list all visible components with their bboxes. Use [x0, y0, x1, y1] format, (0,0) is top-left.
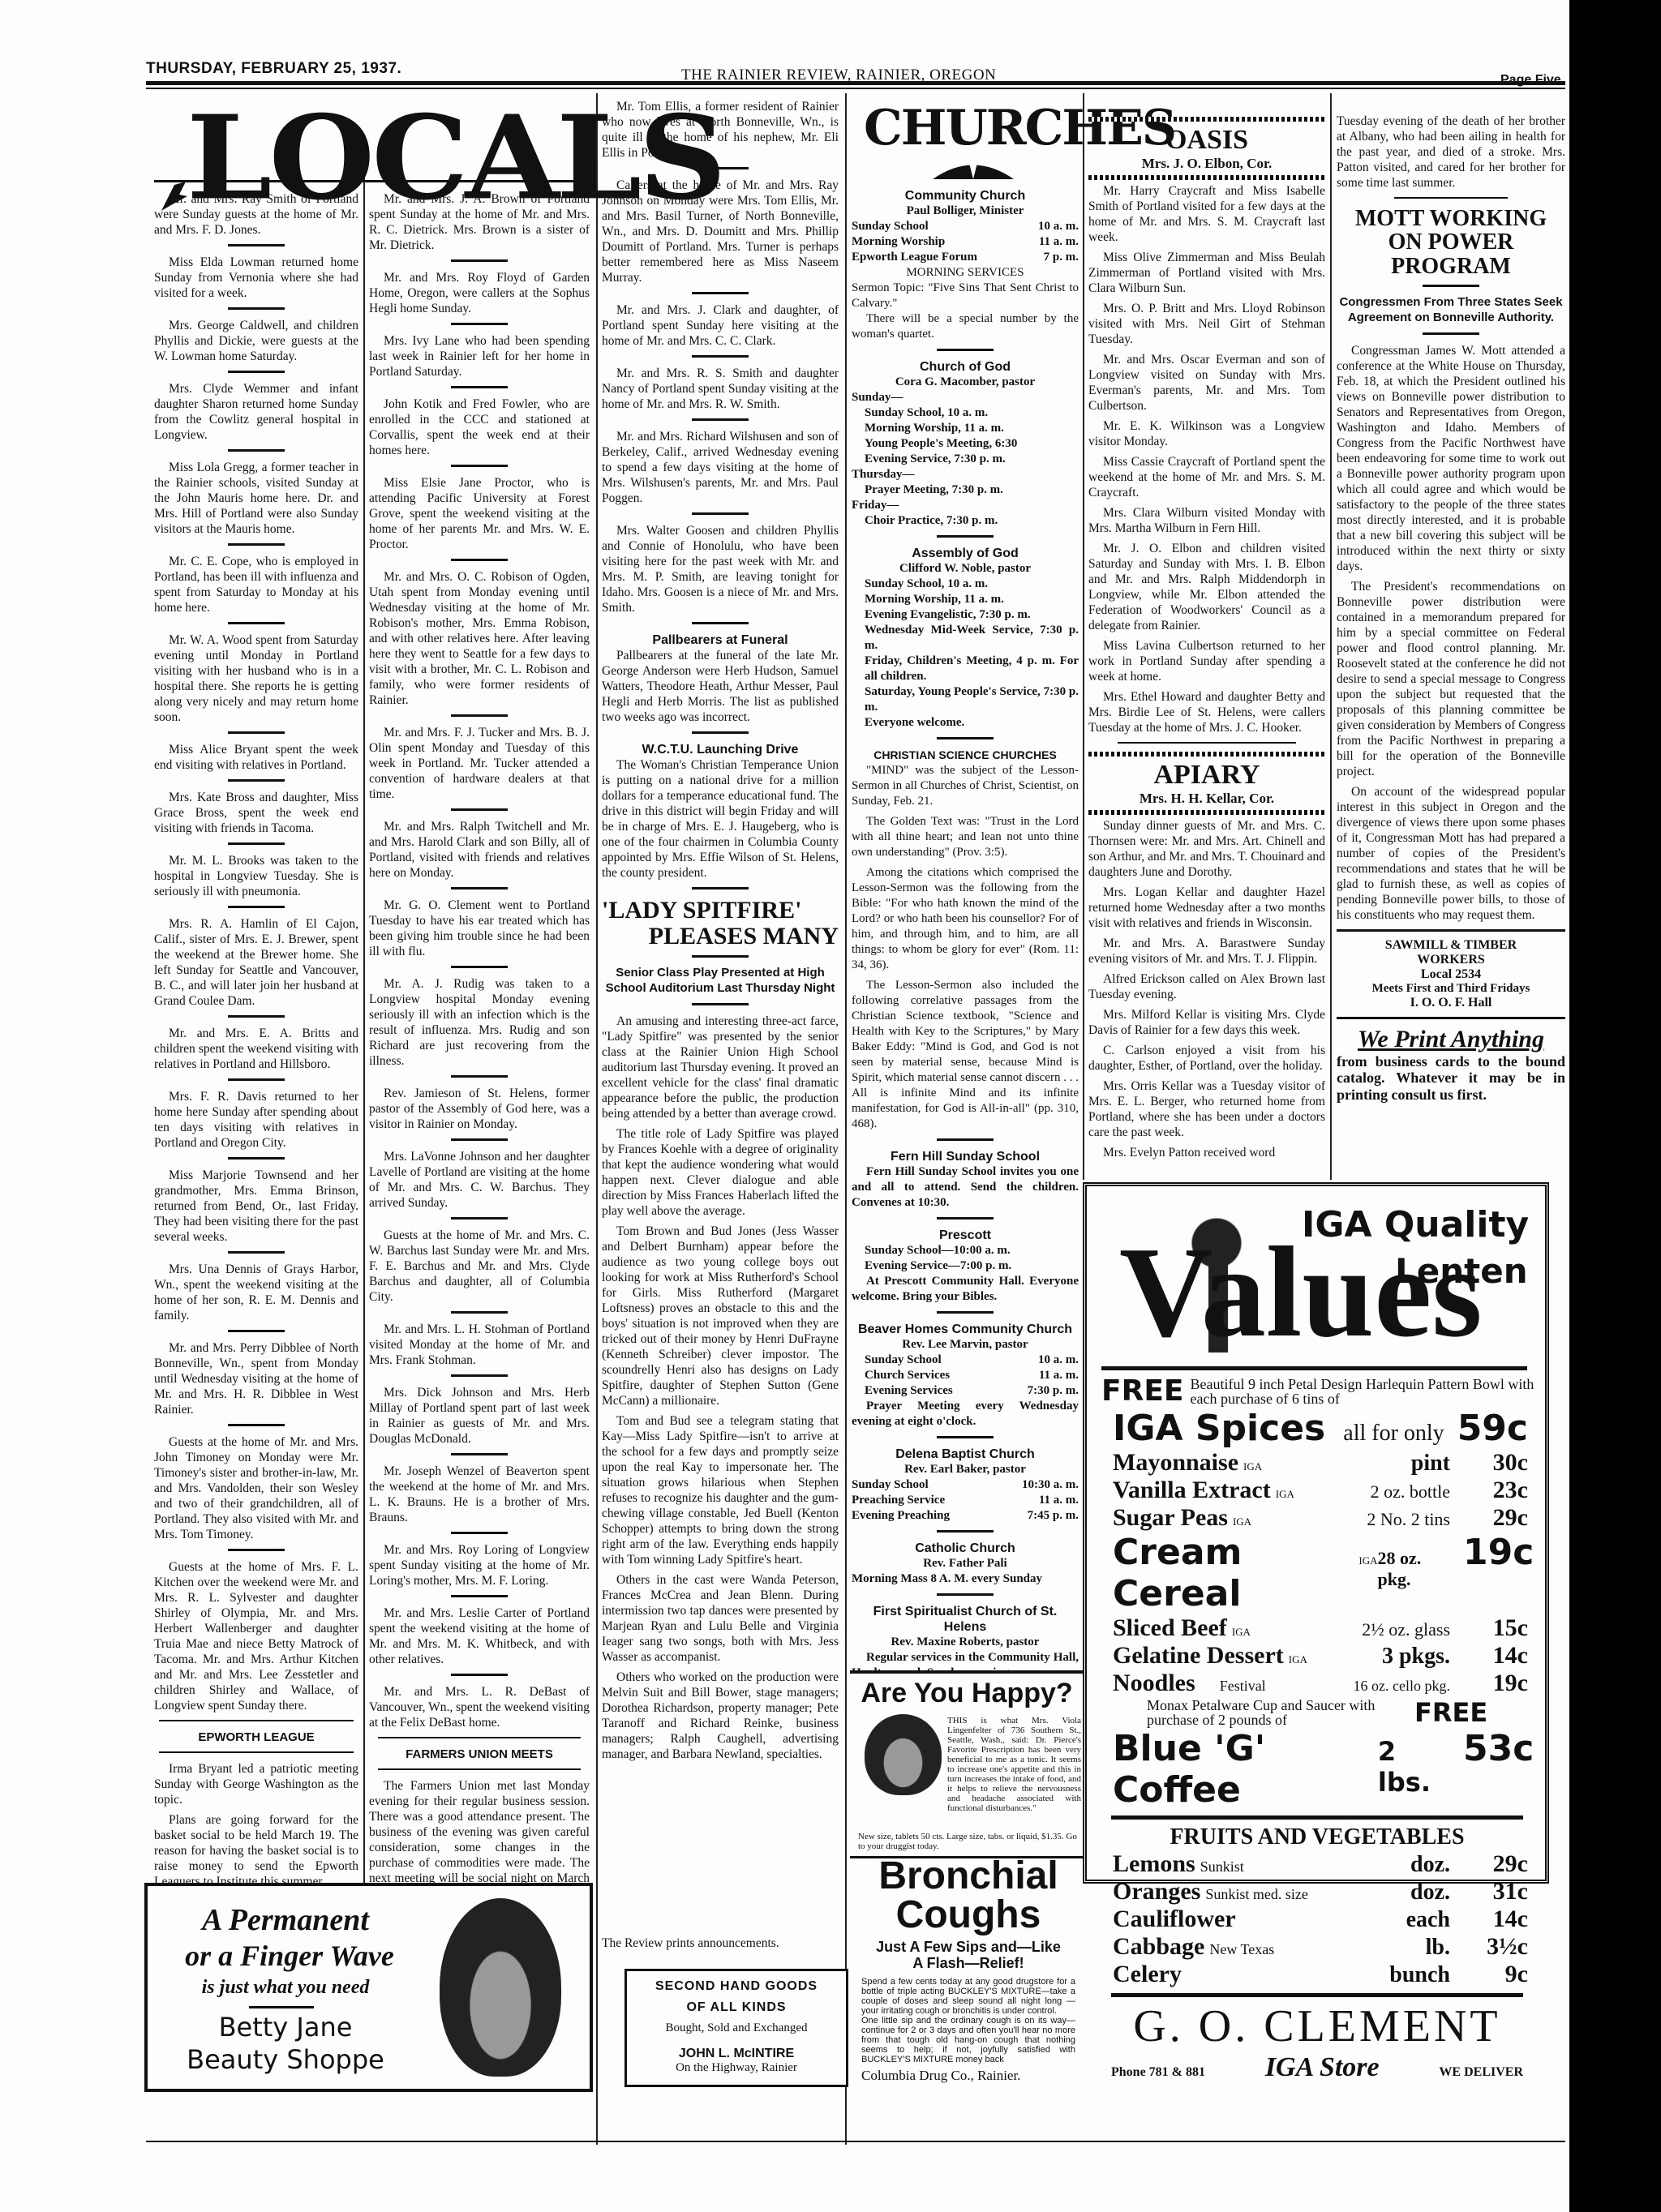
news-item: Fern Hill Sunday School invites you one … — [852, 1164, 1079, 1211]
product-price: 14c — [1463, 1642, 1528, 1670]
news-item: Tom Brown and Bud Jones (Jess Wasser and… — [602, 1224, 839, 1408]
store-footer: Phone 781 & 881 IGA Store WE DELIVER — [1098, 2052, 1536, 2083]
price-row: OrangesSunkist med. sizedoz.31c — [1098, 1878, 1536, 1905]
product-brand: IGA — [1289, 1653, 1307, 1666]
are-you-happy-ad: Are You Happy? THIS is what Mrs. Viola L… — [850, 1670, 1084, 1858]
schedule-line: Sunday School—10:00 a. m. — [852, 1243, 1079, 1258]
price-row: LemonsSunkistdoz.29c — [1098, 1850, 1536, 1878]
news-item: Mr. G. O. Clement went to Portland Tuesd… — [369, 898, 590, 959]
service-row: Sunday School10:30 a. m. — [852, 1477, 1079, 1493]
ad-body: One little sip and the ordinary cough is… — [861, 2016, 1075, 2064]
ad-headline: Bronchial — [853, 1857, 1084, 1896]
schedule-line: Sunday School, 10 a. m. — [852, 577, 1079, 592]
product-price: 15c — [1463, 1614, 1528, 1642]
news-item: Mr. and Mrs. O. C. Robison of Ogden, Uta… — [369, 569, 590, 708]
news-item: Mr. and Mrs. L. R. DeBast of Vancouver, … — [369, 1684, 590, 1730]
newspaper-page: THURSDAY, FEBRUARY 25, 1937. THE RAINIER… — [0, 0, 1569, 2212]
news-item: Mrs. R. A. Hamlin of El Cajon, Calif., s… — [154, 916, 358, 1009]
news-item: Mrs. Ethel Howard and daughter Betty and… — [1088, 689, 1325, 735]
free-offer-row: FREE Beautiful 9 inch Petal Design Harle… — [1098, 1374, 1536, 1408]
product-price: 30c — [1463, 1449, 1528, 1477]
service-name: Morning Worship — [852, 234, 945, 250]
schedule-line: Young People's Meeting, 6:30 — [852, 436, 1079, 452]
spitfire-subhead: Senior Class Play Presented at High Scho… — [602, 966, 839, 997]
product-unit: lb. — [1426, 1935, 1450, 1961]
church-heading: CHRISTIAN SCIENCE CHURCHES — [852, 748, 1079, 763]
news-item: John Kotik and Fred Fowler, who are enro… — [369, 397, 590, 458]
news-item: Mrs. O. P. Britt and Mrs. Lloyd Robinson… — [1088, 301, 1325, 347]
product-brand: IGA — [1233, 1515, 1251, 1528]
ad-headline: Are You Happy? — [850, 1678, 1084, 1708]
price-row: Gelatine DessertIGA3 pkgs.14c — [1098, 1642, 1536, 1670]
news-item: Mr. and Mrs. A. Barastwere Sunday evenin… — [1088, 936, 1325, 967]
news-item: Guests at the home of Mrs. F. L. Kitchen… — [154, 1559, 358, 1713]
page-number: Page Five — [1500, 73, 1561, 88]
union-notice-line: Local 2534 — [1337, 967, 1565, 982]
column-divider — [363, 162, 365, 1914]
news-item: Mrs. George Caldwell, and children Phyll… — [154, 318, 358, 364]
church-heading: Delena Baptist Church — [852, 1447, 1079, 1462]
wavy-rule — [1088, 175, 1325, 180]
ad-divider — [249, 2006, 314, 2008]
churches-column: Community Church Paul Bolliger, Minister… — [852, 188, 1079, 1686]
product-unit: 2 lbs. — [1378, 1736, 1450, 1798]
ad-line: OF ALL KINDS — [627, 2000, 846, 2015]
mott-headline: MOTT WORKING ON POWER PROGRAM — [1337, 207, 1565, 278]
price-row: Cream CerealIGA28 oz. pkg.19c — [1098, 1532, 1536, 1614]
product-price: 19c — [1463, 1670, 1528, 1697]
church-ornament-icon — [925, 159, 1022, 183]
service-row: Preaching Service11 a. m. — [852, 1493, 1079, 1508]
review-note: The Review prints announcements. — [602, 1936, 839, 1951]
monax-offer-text: Monax Petalware Cup and Saucer with purc… — [1147, 1698, 1406, 1727]
news-item: At Prescott Community Hall. Everyone wel… — [852, 1274, 1079, 1305]
church-pastor: Cora G. Macomber, pastor — [852, 375, 1079, 390]
product-unit: doz. — [1410, 1852, 1450, 1878]
news-item: Miss Lavina Culbertson returned to her w… — [1088, 638, 1325, 684]
news-item: Irma Bryant led a patriotic meeting Sund… — [154, 1761, 358, 1807]
union-notice-line: SAWMILL & TIMBER — [1337, 938, 1565, 953]
product-name: Noodles — [1113, 1670, 1195, 1697]
service-row: Sunday School10 a. m. — [852, 1352, 1079, 1368]
news-item: The Golden Text was: "Trust in the Lord … — [852, 814, 1079, 860]
woman-portrait-illustration — [440, 1898, 561, 2077]
church-heading: Prescott — [852, 1228, 1079, 1243]
farmers-union-heading: FARMERS UNION MEETS — [369, 1747, 590, 1762]
price-row: Sliced BeefIGA2½ oz. glass15c — [1098, 1614, 1536, 1642]
news-item: Miss Olive Zimmerman and Miss Beulah Zim… — [1088, 250, 1325, 296]
news-item: Mr. Joseph Wenzel of Beaverton spent the… — [369, 1464, 590, 1525]
price-row: MayonnaiseIGApint30c — [1098, 1449, 1536, 1477]
price-row: Blue 'G' Coffee2 lbs.53c — [1098, 1728, 1536, 1811]
product-price: 29c — [1463, 1504, 1528, 1532]
service-name: Evening Preaching — [852, 1508, 950, 1524]
product-brand: New Texas — [1209, 1941, 1274, 1958]
locals-column-2: Mr. and Mrs. J. A. Brown of Portland spe… — [369, 191, 590, 1906]
product-name: Sugar Peas — [1113, 1504, 1228, 1532]
product-unit: all for only — [1343, 1421, 1444, 1447]
news-item: Mr. E. K. Wilkinson was a Longview visit… — [1088, 418, 1325, 449]
product-name: Sliced Beef — [1113, 1614, 1227, 1642]
news-item: Mr. and Mrs. J. A. Brown of Portland spe… — [369, 191, 590, 253]
news-item: "MIND" was the subject of the Lesson-Ser… — [852, 763, 1079, 809]
news-item: Miss Marjorie Townsend and her grandmoth… — [154, 1168, 358, 1245]
news-item: Pallbearers at the funeral of the late M… — [602, 648, 839, 725]
news-item: Miss Lola Gregg, a former teacher in the… — [154, 460, 358, 537]
news-item: Sunday dinner guests of Mr. and Mrs. C. … — [1088, 818, 1325, 880]
church-pastor: Rev. Lee Marvin, pastor — [852, 1337, 1079, 1352]
product-unit: 2 oz. bottle — [1371, 1481, 1450, 1503]
column-6: Tuesday evening of the death of her brot… — [1337, 114, 1565, 1104]
store-phone: Phone 781 & 881 — [1111, 2065, 1205, 2080]
product-name: Lemons — [1113, 1850, 1195, 1878]
schedule-line: Friday, Children's Meeting, 4 p. m. For … — [852, 654, 1079, 684]
news-item: Others who worked on the production were… — [602, 1670, 839, 1762]
product-name: Celery — [1113, 1961, 1182, 1988]
product-price: 3½c — [1463, 1933, 1528, 1961]
service-time: 7:45 p. m. — [1028, 1508, 1079, 1524]
news-item: Mrs. Evelyn Patton received word — [1088, 1145, 1325, 1160]
church-heading: First Spiritualist Church of St. Helens — [852, 1604, 1079, 1635]
news-item: Congressman James W. Mott attended a con… — [1337, 343, 1565, 574]
service-name: Sunday School — [865, 1352, 942, 1368]
news-item: Mr. and Mrs. R. S. Smith and daughter Na… — [602, 366, 839, 412]
schedule-line: Morning Worship, 11 a. m. — [852, 421, 1079, 436]
schedule-line: Sunday School, 10 a. m. — [852, 405, 1079, 421]
ad-divider — [1101, 1366, 1527, 1370]
schedule-line: Morning Worship, 11 a. m. — [852, 592, 1079, 607]
news-item: Mrs. Milford Kellar is visiting Mrs. Cly… — [1088, 1007, 1325, 1038]
schedule-line: Prayer Meeting, 7:30 p. m. — [852, 482, 1079, 498]
news-item: Mr. and Mrs. Roy Floyd of Garden Home, O… — [369, 270, 590, 316]
product-name: Mayonnaise — [1113, 1449, 1238, 1477]
news-item: Mr. W. A. Wood spent from Saturday eveni… — [154, 632, 358, 725]
news-item: Miss Alice Bryant spent the week end vis… — [154, 742, 358, 773]
service-time: 11 a. m. — [1039, 1493, 1079, 1508]
product-price: 9c — [1463, 1961, 1528, 1988]
product-brand: IGA — [1276, 1488, 1294, 1501]
church-pastor: Paul Bolliger, Minister — [852, 204, 1079, 219]
column-divider — [845, 93, 847, 2145]
shop-name: Betty Jane — [156, 2012, 415, 2043]
price-row: Vanilla ExtractIGA2 oz. bottle23c — [1098, 1477, 1536, 1504]
ad-footer: Columbia Drug Co., Rainier. — [861, 2068, 1075, 2084]
product-name: Cabbage — [1113, 1933, 1204, 1961]
product-unit: 2½ oz. glass — [1362, 1619, 1450, 1640]
schedule-line: Evening Service—7:00 p. m. — [852, 1258, 1079, 1274]
schedule-line: Sunday— — [852, 390, 1079, 405]
news-item: Among the citations which comprised the … — [852, 865, 1079, 973]
services-subheading: MORNING SERVICES — [852, 265, 1079, 281]
news-item: Mr. and Mrs. Leslie Carter of Portland s… — [369, 1605, 590, 1667]
oasis-column: OASIS Mrs. J. O. Elbon, Cor. Mr. Harry C… — [1088, 114, 1325, 1165]
pallbearers-heading: Pallbearers at Funeral — [602, 632, 839, 648]
second-hand-goods-ad: SECOND HAND GOODS OF ALL KINDS Bought, S… — [624, 1969, 848, 2087]
product-price: 31c — [1463, 1878, 1528, 1905]
product-name: Cauliflower — [1113, 1905, 1236, 1933]
price-row: Cauliflowereach14c — [1098, 1905, 1536, 1933]
service-name: Evening Services — [865, 1383, 953, 1399]
product-name: Gelatine Dessert — [1113, 1642, 1284, 1670]
column-divider — [1330, 93, 1332, 1180]
news-item: Mrs. Ivy Lane who had been spending last… — [369, 333, 590, 379]
news-item: Mr. C. E. Cope, who is employed in Portl… — [154, 554, 358, 615]
price-row: IGA Spicesall for only59c — [1098, 1408, 1536, 1449]
news-item: Mr. and Mrs. Ray Smith of Portland were … — [154, 191, 358, 238]
store-type: IGA Store — [1265, 2052, 1380, 2083]
news-item: Mrs. F. R. Davis returned to her home he… — [154, 1089, 358, 1151]
news-item: Mr. and Mrs. Roy Loring of Longview spen… — [369, 1542, 590, 1588]
product-brand: IGA — [1243, 1460, 1262, 1473]
schedule-line: Morning Mass 8 A. M. every Sunday — [852, 1571, 1079, 1587]
price-row: NoodlesFestival16 oz. cello pkg.19c — [1098, 1670, 1536, 1697]
news-item: Guests at the home of Mr. and Mrs. John … — [154, 1434, 358, 1542]
ad-footer: New size, tablets 50 cts. Large size, ta… — [858, 1832, 1077, 1851]
union-notice-line: WORKERS — [1337, 953, 1565, 967]
product-unit: pint — [1411, 1451, 1450, 1477]
product-brand: Sunkist med. size — [1205, 1886, 1308, 1903]
wavy-rule — [1088, 752, 1325, 757]
service-time: 11 a. m. — [1039, 1368, 1079, 1383]
product-brand: Festival — [1220, 1678, 1266, 1695]
news-item: Mr. and Mrs. E. A. Britts and children s… — [154, 1026, 358, 1072]
news-item: Alfred Erickson called on Alex Brown las… — [1088, 971, 1325, 1002]
service-time: 10 a. m. — [1038, 1352, 1079, 1368]
church-heading: Catholic Church — [852, 1541, 1079, 1556]
church-heading: Fern Hill Sunday School — [852, 1149, 1079, 1164]
product-unit: bunch — [1389, 1962, 1450, 1988]
schedule-line: Saturday, Young People's Service, 7:30 p… — [852, 684, 1079, 715]
service-row: Epworth League Forum7 p. m. — [852, 250, 1079, 265]
service-name: Sunday School — [852, 219, 929, 234]
news-item: Mr. M. L. Brooks was taken to the hospit… — [154, 853, 358, 899]
news-item: Mr. and Mrs. Richard Wilshusen and son o… — [602, 429, 839, 506]
produce-heading: FRUITS AND VEGETABLES — [1098, 1824, 1536, 1850]
ad-line: Bought, Sold and Exchanged — [627, 2021, 846, 2035]
news-item: Mr. J. O. Elbon and children visited Sat… — [1088, 541, 1325, 633]
news-item: C. Carlson enjoyed a visit from his daug… — [1088, 1043, 1325, 1074]
service-time: 11 a. m. — [1039, 234, 1079, 250]
mott-subhead: Congressmen From Three States Seek Agree… — [1337, 295, 1565, 326]
news-item: Mrs. LaVonne Johnson and her daughter La… — [369, 1149, 590, 1211]
product-name: Blue 'G' Coffee — [1113, 1728, 1378, 1811]
product-unit: each — [1406, 1907, 1450, 1933]
ad-divider — [1111, 1993, 1523, 1997]
news-item: Mrs. Clara Wilburn visited Monday with M… — [1088, 505, 1325, 536]
locals-column-1: Mr. and Mrs. Ray Smith of Portland were … — [154, 191, 358, 1945]
free-label: FREE — [1101, 1374, 1184, 1408]
iga-values-ad: Values IGA Quality Lenten FREE Beautiful… — [1083, 1182, 1549, 1884]
price-row: CabbageNew Texaslb.3½c — [1098, 1933, 1536, 1961]
product-unit: 16 oz. cello pkg. — [1354, 1678, 1450, 1695]
service-time: 7:30 p. m. — [1028, 1383, 1079, 1399]
print-ad-headline: We Print Anything — [1337, 1026, 1565, 1053]
news-item: Mrs. Kate Bross and daughter, Miss Grace… — [154, 790, 358, 836]
store-name: G. O. CLEMENT — [1098, 2002, 1536, 2052]
service-time: 10 a. m. — [1038, 219, 1079, 234]
epworth-heading: EPWORTH LEAGUE — [154, 1730, 358, 1745]
schedule-line: Evening Evangelistic, 7:30 p. m. — [852, 607, 1079, 623]
news-item: Tom and Bud see a telegram stating that … — [602, 1413, 839, 1567]
sermon-topic: Sermon Topic: "Five Sins That Sent Chris… — [852, 281, 1079, 311]
wavy-rule — [1088, 810, 1325, 815]
column-3: Mr. Tom Ellis, a former resident of Rain… — [602, 99, 839, 1767]
news-item: Others in the cast were Wanda Peterson, … — [602, 1572, 839, 1665]
service-row: Morning Worship11 a. m. — [852, 234, 1079, 250]
price-row: Celerybunch9c — [1098, 1961, 1536, 1988]
news-item: The Lesson-Sermon also included the foll… — [852, 978, 1079, 1132]
news-item: Guests at the home of Mr. and Mrs. C. W.… — [369, 1228, 590, 1305]
news-item: Mr. and Mrs. Ralph Twitchell and Mr. and… — [369, 819, 590, 881]
schedule-line: Choir Practice, 7:30 p. m. — [852, 513, 1079, 529]
church-heading: Assembly of God — [852, 546, 1079, 561]
service-row: Evening Preaching7:45 p. m. — [852, 1508, 1079, 1524]
news-item: Mr. and Mrs. L. H. Stohman of Portland v… — [369, 1322, 590, 1368]
spitfire-headline-2: PLEASES MANY — [602, 924, 839, 950]
news-item: The title role of Lady Spitfire was play… — [602, 1126, 839, 1219]
bronchial-coughs-ad: Bronchial Coughs Just A Few Sips and—Lik… — [853, 1857, 1084, 2100]
wctu-heading: W.C.T.U. Launching Drive — [602, 742, 839, 757]
ad-body: THIS is what Mrs. Viola Lingenfelter of … — [947, 1716, 1081, 1813]
news-item: Miss Elda Lowman returned home Sunday fr… — [154, 255, 358, 301]
schedule-line: Wednesday Mid-Week Service, 7:30 p. m. — [852, 623, 1079, 654]
news-item: Miss Elsie Jane Proctor, who is attendin… — [369, 475, 590, 552]
news-item: Mrs. Dick Johnson and Mrs. Herb Millay o… — [369, 1385, 590, 1447]
apiary-title: APIARY — [1088, 760, 1325, 791]
service-row: Sunday School10 a. m. — [852, 219, 1079, 234]
news-item: Mr. and Mrs. Oscar Everman and son of Lo… — [1088, 352, 1325, 414]
news-item: Rev. Jamieson of St. Helens, former past… — [369, 1086, 590, 1132]
ad-subhead: Just A Few Sips and—Like A Flash—Relief! — [869, 1940, 1067, 1972]
service-name: Preaching Service — [852, 1493, 945, 1508]
column-divider — [1083, 93, 1084, 1180]
news-item: On account of the widespread popular int… — [1337, 784, 1565, 923]
service-row: Evening Services7:30 p. m. — [852, 1383, 1079, 1399]
service-time: 7 p. m. — [1044, 250, 1079, 265]
ad-headline: Coughs — [853, 1896, 1084, 1935]
product-name: IGA Spices — [1113, 1408, 1325, 1449]
church-pastor: Rev. Father Pali — [852, 1556, 1079, 1571]
service-time: 10:30 a. m. — [1022, 1477, 1079, 1493]
ad-line: SECOND HAND GOODS — [627, 1979, 846, 1994]
news-item: Mrs. Una Dennis of Grays Harbor, Wn., sp… — [154, 1262, 358, 1323]
schedule-line: Evening Service, 7:30 p. m. — [852, 452, 1079, 467]
product-unit: 2 No. 2 tins — [1367, 1509, 1450, 1530]
schedule-line: Friday— — [852, 498, 1079, 513]
union-notice-line: Meets First and Third Fridays — [1337, 982, 1565, 996]
ad-body: Spend a few cents today at any good drug… — [861, 1977, 1075, 2016]
product-unit: 28 oz. pkg. — [1378, 1548, 1451, 1590]
product-unit: doz. — [1410, 1880, 1450, 1905]
news-item: Miss Cassie Craycraft of Portland spent … — [1088, 454, 1325, 500]
product-price: 53c — [1463, 1728, 1528, 1769]
news-item: Mrs. Clyde Wemmer and infant daughter Sh… — [154, 381, 358, 443]
monax-offer-row: Monax Petalware Cup and Saucer with purc… — [1098, 1697, 1536, 1728]
church-pastor: Rev. Maxine Roberts, pastor — [852, 1635, 1079, 1650]
product-brand: IGA — [1358, 1554, 1377, 1567]
shop-name: Beauty Shoppe — [156, 2044, 415, 2075]
service-name: Sunday School — [852, 1477, 929, 1493]
header-rule-thin — [146, 88, 1565, 89]
product-brand: IGA — [1232, 1626, 1251, 1639]
church-heading: Beaver Homes Community Church — [852, 1322, 1079, 1337]
news-item: An amusing and interesting three-act far… — [602, 1014, 839, 1121]
news-item: Mrs. Orris Kellar was a Tuesday visitor … — [1088, 1078, 1325, 1140]
service-row: Church Services11 a. m. — [852, 1368, 1079, 1383]
spitfire-headline-1: 'LADY SPITFIRE' — [602, 898, 839, 924]
product-price: 29c — [1463, 1850, 1528, 1878]
values-big-word: Values — [1119, 1227, 1483, 1357]
product-brand: Sunkist — [1200, 1858, 1244, 1875]
news-item: Mr. Tom Ellis, a former resident of Rain… — [602, 99, 839, 161]
schedule-line: Everyone welcome. — [852, 715, 1079, 731]
product-price: 59c — [1457, 1408, 1528, 1449]
ad-line: or a Finger Wave — [156, 1939, 423, 1973]
beauty-shoppe-ad: A Permanent or a Finger Wave is just wha… — [144, 1883, 593, 2092]
service-name: Church Services — [865, 1368, 950, 1383]
product-name: Cream Cereal — [1113, 1532, 1354, 1614]
schedule-line: Thursday— — [852, 467, 1079, 482]
free-label: FREE — [1414, 1697, 1487, 1728]
product-unit: 3 pkgs. — [1382, 1644, 1450, 1670]
churches-title: CHURCHES — [864, 104, 1083, 161]
news-item: The Woman's Christian Temperance Union i… — [602, 757, 839, 881]
news-item: Mr. and Mrs. F. J. Tucker and Mrs. B. J.… — [369, 725, 590, 802]
product-price: 23c — [1463, 1477, 1528, 1504]
news-item: Callers at the home of Mr. and Mrs. Ray … — [602, 178, 839, 285]
iga-price-list: FREE Beautiful 9 inch Petal Design Harle… — [1098, 1374, 1536, 2083]
ad-line: A Permanent — [156, 1902, 415, 1938]
product-price: 19c — [1463, 1532, 1528, 1573]
news-item: Mrs. Walter Goosen and children Phyllis … — [602, 523, 839, 615]
price-row: Sugar PeasIGA2 No. 2 tins29c — [1098, 1504, 1536, 1532]
delivery-note: WE DELIVER — [1439, 2065, 1523, 2080]
oasis-title: OASIS — [1088, 125, 1325, 156]
news-item: Prayer Meeting every Wednesday evening a… — [852, 1399, 1079, 1430]
news-item: Mr. A. J. Rudig was taken to a Longview … — [369, 976, 590, 1069]
service-name: Epworth League Forum — [852, 250, 977, 265]
woman-portrait-illustration — [865, 1714, 942, 1795]
free-offer-text: Beautiful 9 inch Petal Design Harlequin … — [1191, 1377, 1537, 1406]
page-bottom-rule — [146, 2141, 1565, 2142]
news-item: The President's recommendations on Bonne… — [1337, 579, 1565, 779]
print-ad-body: from business cards to the bound catalog… — [1337, 1053, 1565, 1104]
header-rule — [146, 81, 1565, 85]
ad-divider — [1111, 1815, 1523, 1820]
news-item: Mrs. Logan Kellar and daughter Hazel ret… — [1088, 885, 1325, 931]
lenten-header: Lenten — [1395, 1251, 1528, 1291]
church-heading: Church of God — [852, 359, 1079, 375]
church-pastor: Clifford W. Noble, pastor — [852, 561, 1079, 577]
news-item: Mr. and Mrs. Perry Dibblee of North Bonn… — [154, 1340, 358, 1417]
news-item: Mr. and Mrs. J. Clark and daughter, of P… — [602, 302, 839, 349]
product-name: Oranges — [1113, 1878, 1200, 1905]
locals-rule — [154, 180, 592, 182]
news-item: Plans are going forward for the basket s… — [154, 1812, 358, 1889]
product-name: Vanilla Extract — [1113, 1477, 1271, 1504]
column-divider — [596, 93, 598, 2145]
oasis-correspondent: Mrs. J. O. Elbon, Cor. — [1088, 156, 1325, 172]
product-price: 14c — [1463, 1905, 1528, 1933]
apiary-correspondent: Mrs. H. H. Kellar, Cor. — [1088, 791, 1325, 807]
union-notice-line: I. O. O. F. Hall — [1337, 996, 1565, 1010]
ad-line: is just what you need — [156, 1977, 415, 1999]
church-heading: Community Church — [852, 188, 1079, 204]
ad-address: On the Highway, Rainier — [627, 2061, 846, 2075]
news-item: Tuesday evening of the death of her brot… — [1337, 114, 1565, 191]
wavy-rule — [1088, 117, 1325, 122]
dateline: THURSDAY, FEBRUARY 25, 1937. — [146, 60, 401, 78]
